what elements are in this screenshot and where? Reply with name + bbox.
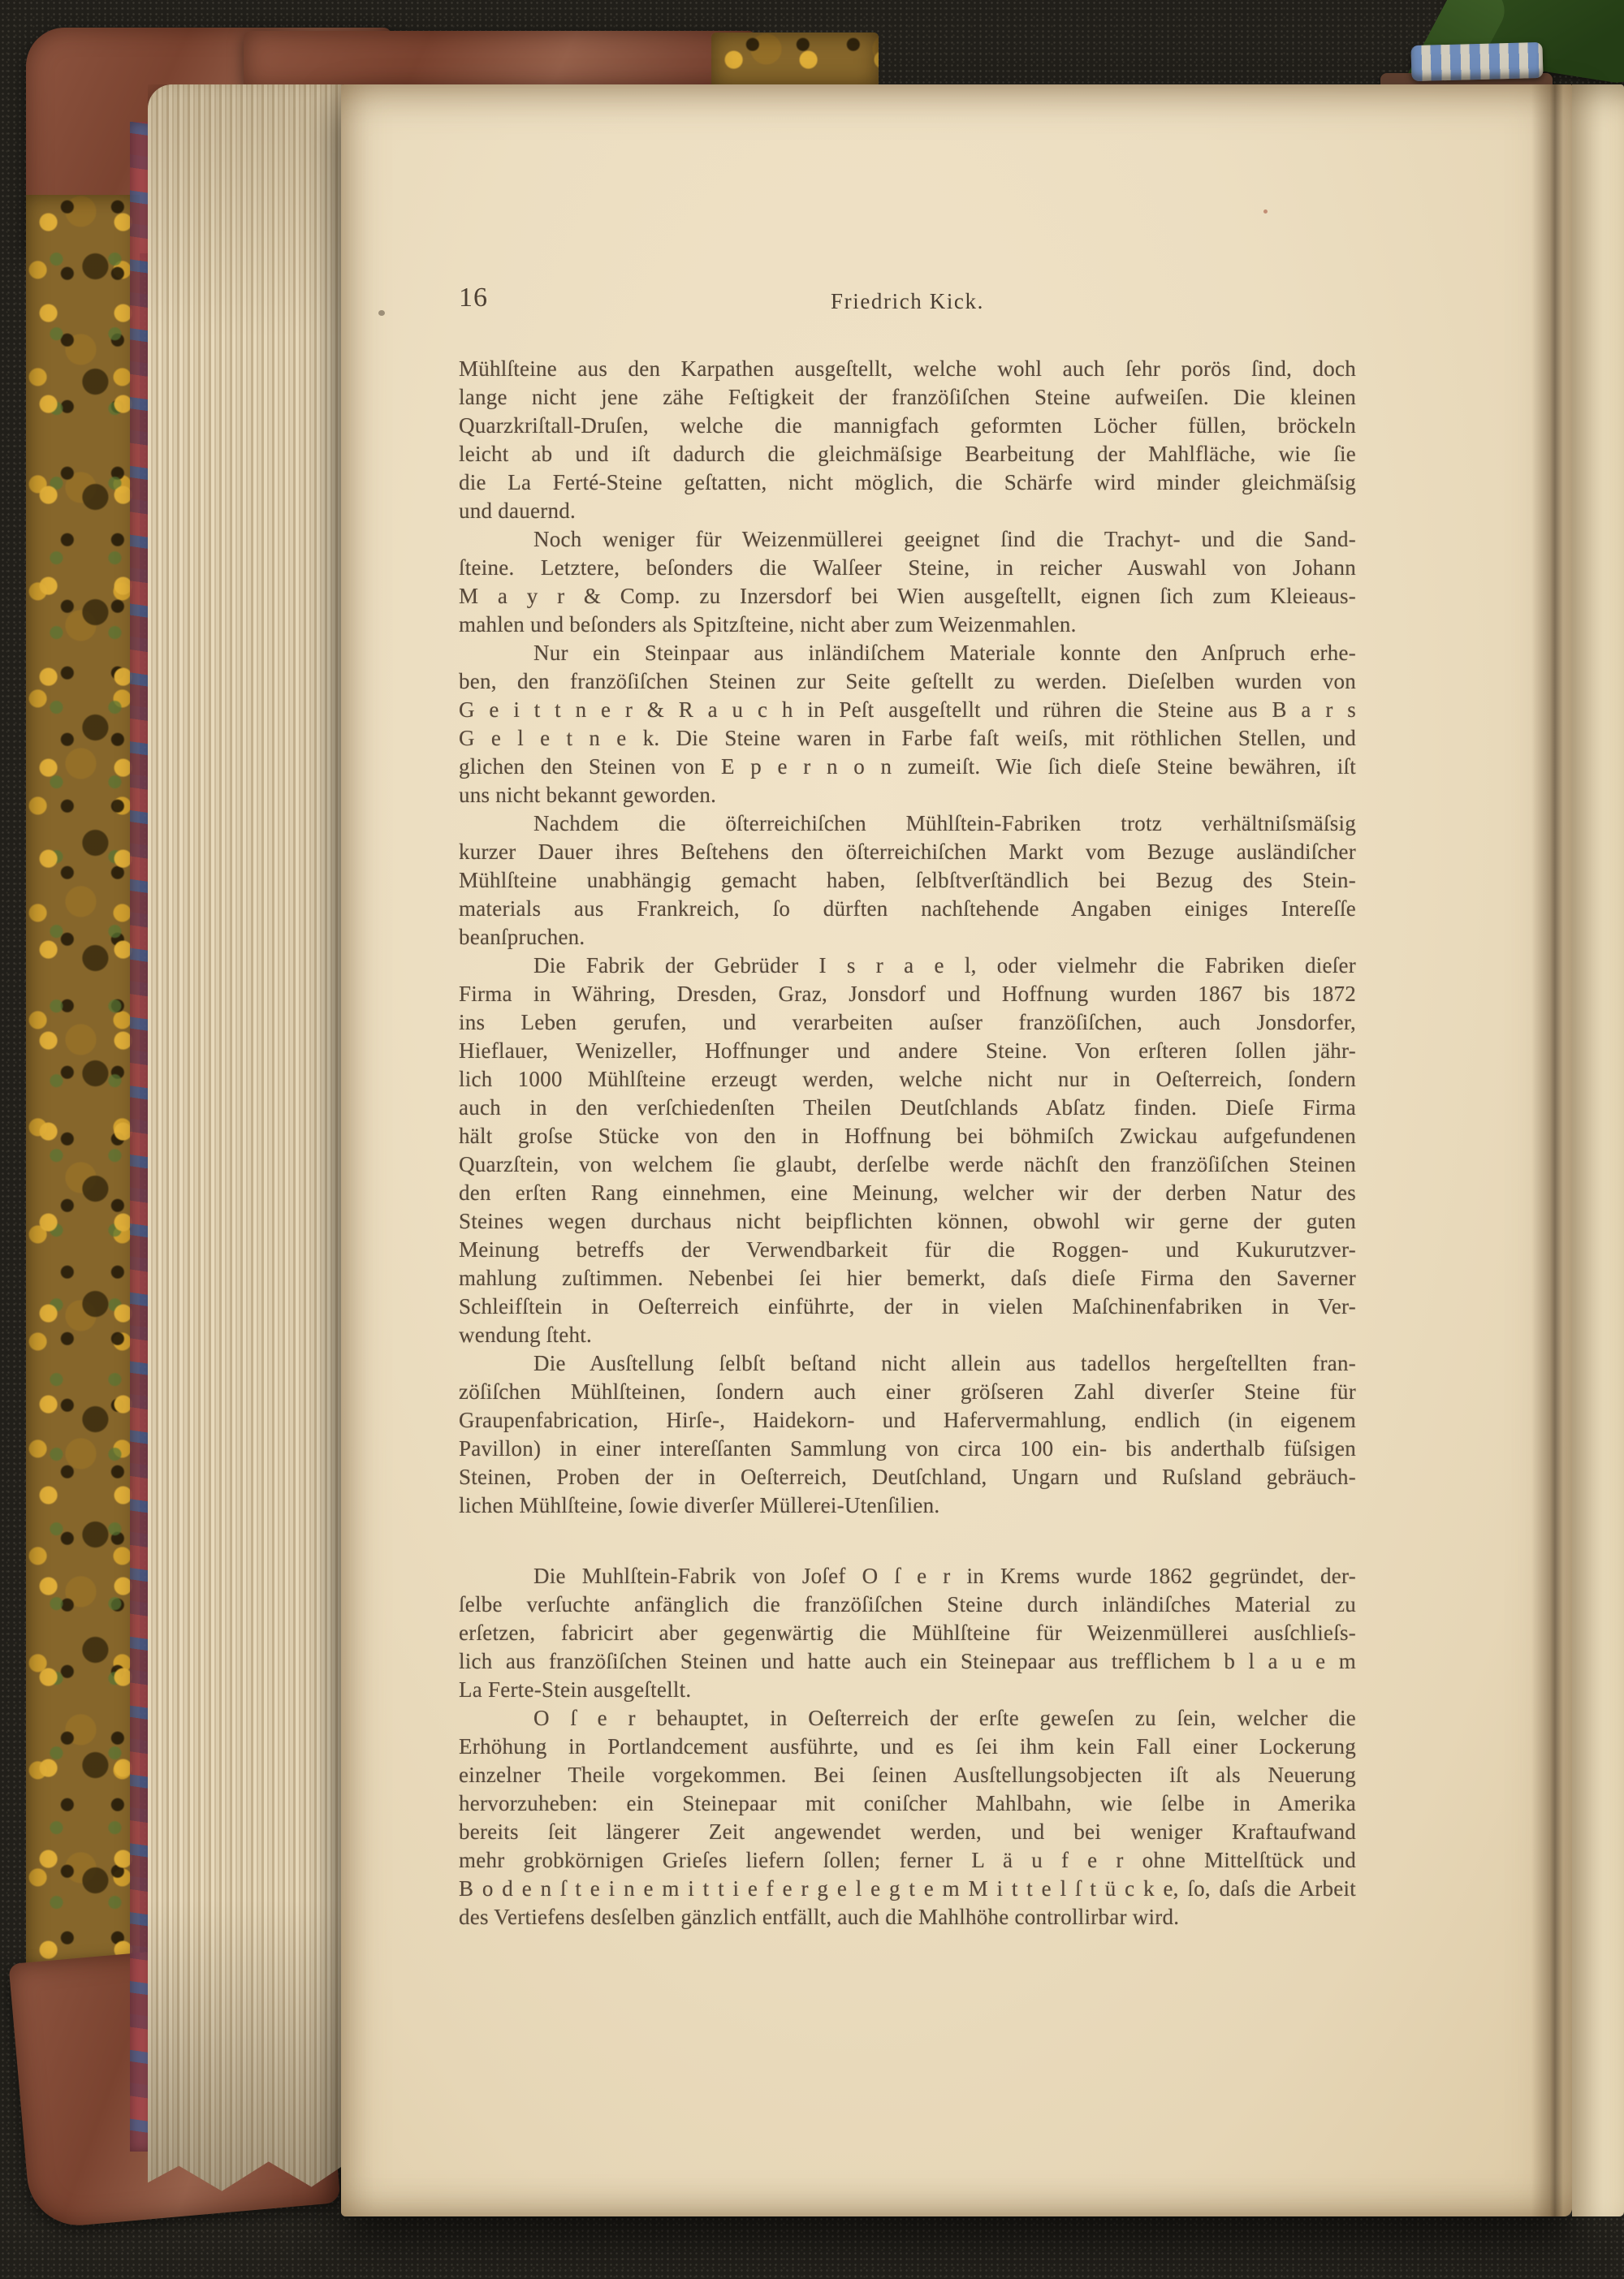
text-line: Quarzkriſtall-Druſen, welche die mannigf… (459, 412, 1356, 440)
text-line: auch in den verſchiedenſten Theilen Deut… (459, 1094, 1356, 1122)
text-line: G e i t t n e r & R a u c h in Peſt ausg… (459, 696, 1356, 724)
text-line: Quarzſtein, von welchem ſie glaubt, derſ… (459, 1150, 1356, 1179)
paragraph: Die Fabrik der Gebrüder I s r a e l, ode… (459, 952, 1356, 1349)
text-line: mahlung zuſtimmen. Nebenbei ſei hier bem… (459, 1264, 1356, 1293)
text-line: glichen den Steinen von E p e r n o n zu… (459, 753, 1356, 781)
text-line: Die Muhlſtein-Fabrik von Joſef O ſ e r i… (459, 1562, 1356, 1591)
text-line: B o d e n ſ t e i n e m i t t i e f e r … (459, 1875, 1356, 1903)
text-line: materials aus Frankreich, ſo dürften nac… (459, 895, 1356, 923)
paragraph: Nur ein Steinpaar aus inländiſchem Mater… (459, 639, 1356, 809)
text-line: des Vertiefens desſelben gänzlich entfäl… (459, 1903, 1356, 1932)
text-line: ſteine. Letztere, beſonders die Walſeer … (459, 554, 1356, 582)
text-line: Nur ein Steinpaar aus inländiſchem Mater… (459, 639, 1356, 667)
text-line: Nachdem die öſterreichiſchen Mühlſtein-F… (459, 809, 1356, 838)
text-line: lich 1000 Mühlſteine erzeugt werden, wel… (459, 1065, 1356, 1094)
text-line: Mühlſteine unabhängig gemacht haben, ſel… (459, 866, 1356, 895)
text-line: zöſiſchen Mühlſteinen, ſondern auch eine… (459, 1378, 1356, 1406)
text-line: Mühlſteine aus den Karpathen ausgeſtellt… (459, 355, 1356, 383)
text-line: G e l e t n e k. Die Steine waren in Far… (459, 724, 1356, 753)
running-header: Friedrich Kick. (459, 289, 1356, 314)
text-line: ben, den franzöſiſchen Steinen zur Seite… (459, 667, 1356, 696)
text-line: Noch weniger für Weizenmüllerei geeignet… (459, 525, 1356, 554)
text-line: leicht ab und iſt dadurch die gleichmäſs… (459, 440, 1356, 468)
text-line: wendung ſteht. (459, 1321, 1356, 1349)
text-line: hält groſse Stücke von den in Hoffnung b… (459, 1122, 1356, 1150)
paragraph: O ſ e r behauptet, in Oeſterreich der er… (459, 1704, 1356, 1932)
paragraph: Noch weniger für Weizenmüllerei geeignet… (459, 525, 1356, 639)
text-line: Steinen, Proben der in Oeſterreich, Deut… (459, 1463, 1356, 1491)
marbled-cover-top-edge (711, 32, 879, 89)
text-line: Graupenfabrication, Hirſe-, Haidekorn- u… (459, 1406, 1356, 1435)
paragraph: Die Ausſtellung ſelbſt beſtand nicht all… (459, 1349, 1356, 1520)
text-line: Erhöhung in Portlandcement ausführte, un… (459, 1733, 1356, 1761)
text-line: hervorzuheben: ein Steinepaar mit coniſc… (459, 1789, 1356, 1818)
text-line: Schleifſtein in Oeſterreich einführte, d… (459, 1293, 1356, 1321)
text-line: den erſten Rang einnehmen, eine Meinung,… (459, 1179, 1356, 1207)
book-cover-top-edge (244, 31, 755, 89)
scanned-book-photo: 16 Friedrich Kick. Mühlſteine aus den Ka… (0, 0, 1624, 2279)
text-line: mahlen und beſonders als Spitzſteine, ni… (459, 611, 1356, 639)
text-line: lange nicht jene zähe Feſtigkeit der fra… (459, 383, 1356, 412)
text-line: Hieflauer, Wenizeller, Hoffnunger und an… (459, 1037, 1356, 1065)
text-line: lichen Mühlſteine, ſowie diverſer Müller… (459, 1491, 1356, 1520)
text-line: lich aus franzöſiſchen Steinen und hatte… (459, 1647, 1356, 1676)
text-line: beanſpruchen. (459, 923, 1356, 952)
text-line: Die Ausſtellung ſelbſt beſtand nicht all… (459, 1349, 1356, 1378)
marbled-cover-band (26, 195, 140, 2031)
text-line: Die Fabrik der Gebrüder I s r a e l, ode… (459, 952, 1356, 980)
text-line: einzelner Theile vorgekommen. Bei ſeinen… (459, 1761, 1356, 1789)
dust-speck (378, 310, 385, 316)
headband (1410, 42, 1543, 81)
text-line: Meinung betreffs der Verwendbarkeit für … (459, 1236, 1356, 1264)
text-line: ins Leben gerufen, und verarbeiten auſse… (459, 1008, 1356, 1037)
page-edge-stack (148, 84, 343, 2195)
text-line: O ſ e r behauptet, in Oeſterreich der er… (459, 1704, 1356, 1733)
gutter-fold-shadow (1531, 84, 1572, 2216)
text-line: Pavillon) in einer intereſſanten Sammlun… (459, 1435, 1356, 1463)
adjacent-page-sliver (1572, 84, 1624, 2216)
text-line: La Ferte-Stein ausgeſtellt. (459, 1676, 1356, 1704)
dust-speck (1263, 209, 1268, 214)
text-line: die La Ferté-Steine geſtatten, nicht mög… (459, 468, 1356, 497)
text-line: mehr grobkörnigen Grieſes liefern ſollen… (459, 1846, 1356, 1875)
text-line: Steines wegen durchaus nicht beipflichte… (459, 1207, 1356, 1236)
text-line: und dauernd. (459, 497, 1356, 525)
text-line: erſetzen, fabricirt aber gegenwärtig die… (459, 1619, 1356, 1647)
text-line: Firma in Währing, Dresden, Graz, Jonsdor… (459, 980, 1356, 1008)
text-line: M a y r & Comp. zu Inzersdorf bei Wien a… (459, 582, 1356, 611)
text-line: kurzer Dauer ihres Beſtehens den öſterre… (459, 838, 1356, 866)
text-block: Mühlſteine aus den Karpathen ausgeſtellt… (459, 355, 1356, 1932)
text-line: ſelbe verſuchte anfänglich die franzöſiſ… (459, 1591, 1356, 1619)
paragraph: Nachdem die öſterreichiſchen Mühlſtein-F… (459, 809, 1356, 952)
paragraph: Mühlſteine aus den Karpathen ausgeſtellt… (459, 355, 1356, 525)
paragraph: Die Muhlſtein-Fabrik von Joſef O ſ e r i… (459, 1562, 1356, 1704)
text-line: bereits ſeit längerer Zeit angewendet we… (459, 1818, 1356, 1846)
text-line: uns nicht bekannt geworden. (459, 781, 1356, 809)
